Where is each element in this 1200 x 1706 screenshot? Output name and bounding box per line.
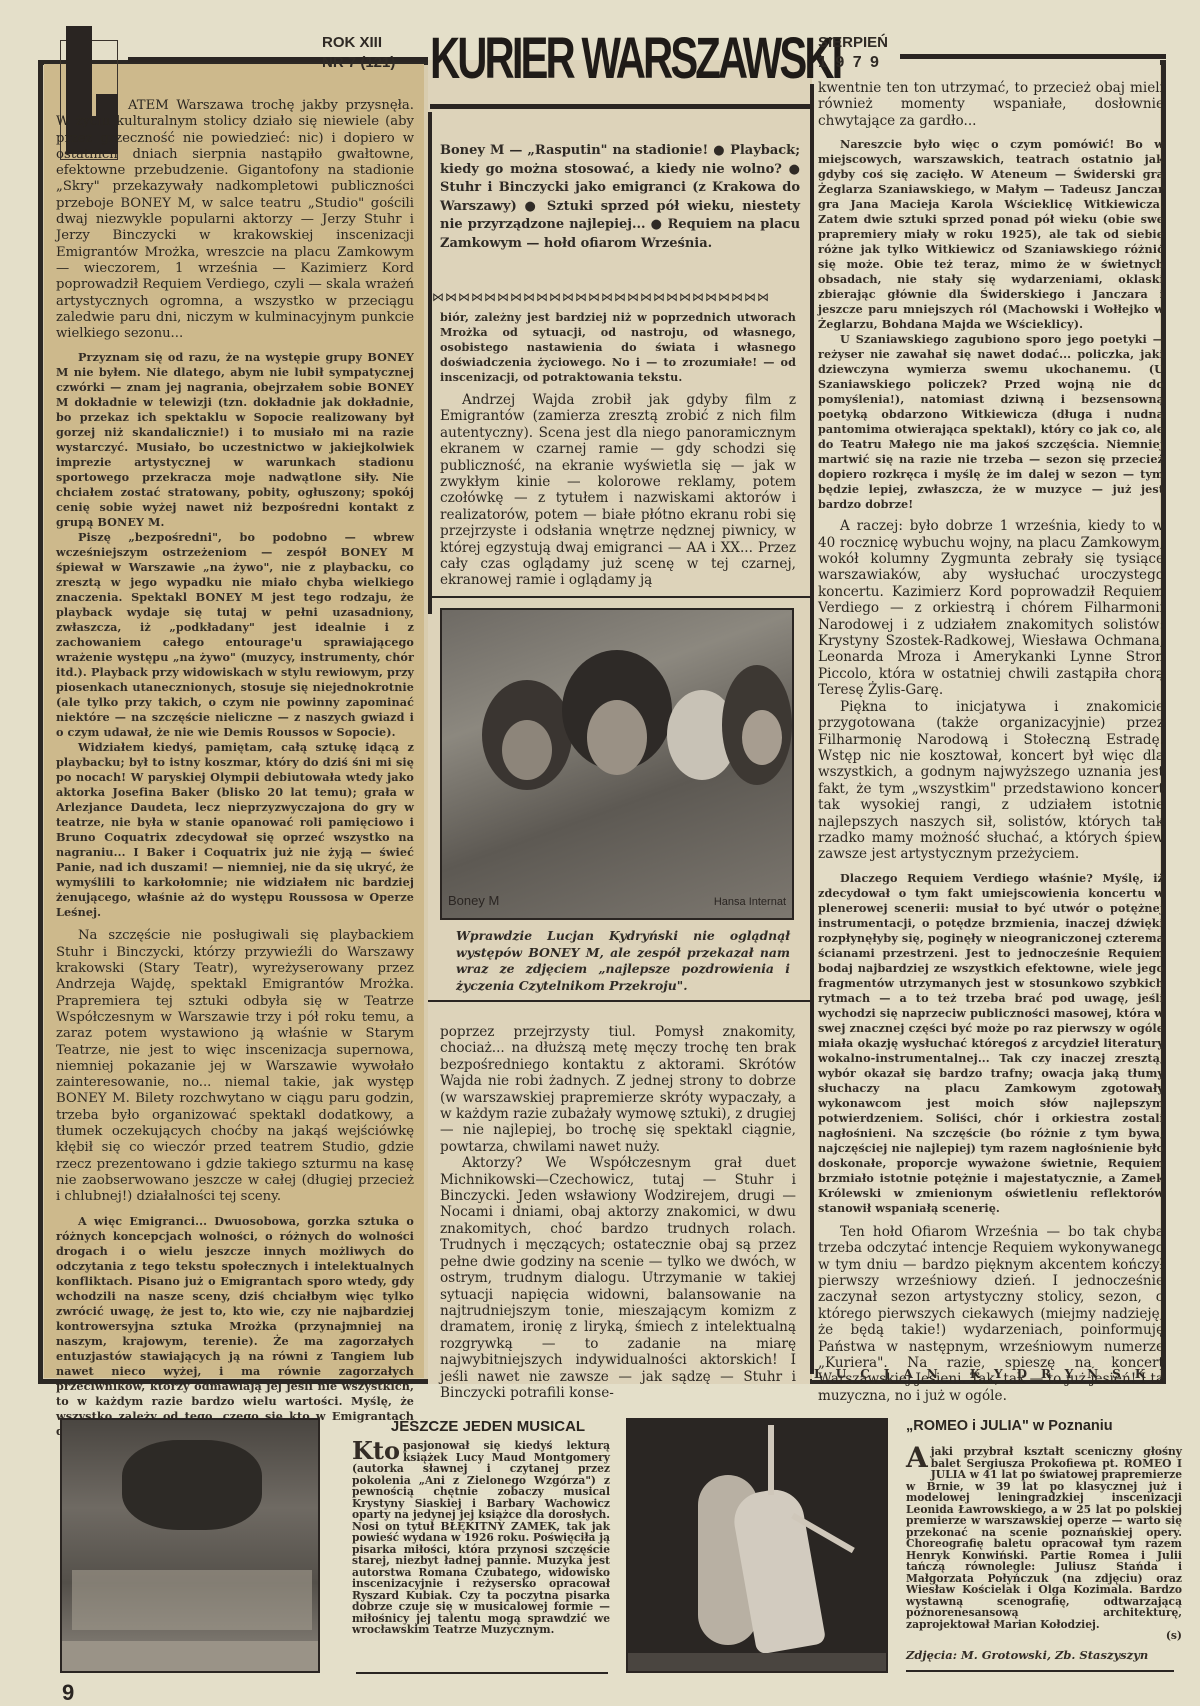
paragraph: Andrzej Wajda zrobił jak gdyby film z Em… — [440, 392, 796, 589]
teaser-item: Boney M — „Rasputin" na stadionie! — [440, 143, 708, 158]
issue-label: NR 7 (121) — [322, 54, 395, 71]
section-rule — [906, 1670, 1174, 1672]
column-divider — [428, 112, 432, 614]
paragraph: Widziałem kiedyś, pamiętam, całą sztukę … — [56, 740, 414, 920]
column-divider — [810, 84, 814, 1374]
article-column-3: kwentnie ten ton utrzymać, to przecież o… — [818, 80, 1164, 1404]
musical-text: pasjonował się kiedyś lekturą książek Lu… — [352, 1439, 610, 1636]
drop-cap-a: A — [906, 1446, 928, 1470]
romeo-article: A jaki przybrał kształt sceniczny głośny… — [906, 1446, 1182, 1642]
paragraph: biór, zależny jest bardziej niż w poprze… — [440, 310, 796, 385]
photo-box-rule-bottom — [428, 1000, 810, 1002]
paragraph: poprzez przejrzysty tiul. Pomysł znakomi… — [440, 1024, 796, 1155]
lead-word: Kto — [352, 1440, 400, 1462]
article-column-2-top: biór, zależny jest bardziej niż w poprze… — [440, 310, 796, 385]
boney-m-photo: Boney M Hansa Internat — [440, 608, 794, 920]
bullet-icon: ● — [713, 143, 725, 158]
page-number: 9 — [62, 1680, 74, 1706]
photo-label-left: Boney M — [448, 893, 499, 908]
photo-label-right: Hansa Internat — [714, 896, 786, 908]
romeo-headline: „ROMEO i JULIA" w Poznaniu — [906, 1418, 1190, 1434]
teaser-box: Boney M — „Rasputin" na stadionie! ● Pla… — [440, 142, 800, 253]
paragraph: Dlaczego Requiem Verdiego właśnie? Myślę… — [818, 871, 1164, 1216]
bullet-icon: ● — [789, 162, 800, 177]
romeo-julia-ballet-photo — [626, 1418, 888, 1673]
year-value: 1 9 7 9 — [818, 54, 881, 72]
lead-paragraph: ATEM Warszawa trochę jakby przysnęła. W … — [56, 98, 414, 341]
article-column-2-bottom: poprzez przejrzysty tiul. Pomysł znakomi… — [440, 1024, 796, 1401]
bullet-icon: ● — [651, 217, 663, 232]
photo-caption: Wprawdzie Lucjan Kydryński nie oglądnął … — [456, 928, 790, 994]
section-rule — [356, 1672, 608, 1674]
romeo-text: jaki przybrał kształt sceniczny głośny b… — [906, 1445, 1182, 1631]
paragraph: Piszę „bezpośredni", bo podobno — wbrew … — [56, 530, 414, 740]
photo-credit: Zdjęcia: M. Grotowski, Zb. Staszyszyn — [906, 1648, 1182, 1662]
article-column-1: ATEM Warszawa trochę jakby przysnęła. W … — [56, 98, 414, 1439]
paragraph: U Szaniawskiego zagubiono sporo jego poe… — [818, 332, 1164, 512]
musical-headline: JESZCZE JEDEN MUSICAL — [364, 1418, 612, 1435]
masthead: KURIER WARSZAWSKI — [430, 14, 711, 104]
masthead-rule — [430, 104, 814, 109]
paragraph: A więc Emigranci... Dwuosobowa, gorzka s… — [56, 1214, 414, 1439]
paragraph: Na szczęście nie posługiwali się playbac… — [56, 928, 414, 1205]
paragraph: kwentnie ten ton utrzymać, to przecież o… — [818, 80, 1164, 129]
signoff: (s) — [906, 1630, 1182, 1642]
ornament-divider-icon: ⋈⋈⋈⋈⋈⋈⋈⋈⋈⋈⋈⋈⋈⋈⋈⋈⋈⋈⋈⋈⋈⋈⋈⋈⋈⋈ — [432, 290, 804, 304]
bullet-icon: ● — [525, 199, 540, 214]
paragraph: Aktorzy? We Współczesnym grał duet Michn… — [440, 1155, 796, 1401]
author-signature: LUCJAN KYDRYŃSKI — [814, 1367, 1160, 1381]
photo-box-rule — [428, 596, 810, 598]
musical-dance-photo — [60, 1418, 320, 1673]
paragraph: A raczej: było dobrze 1 września, kiedy … — [818, 518, 1164, 698]
year-label: ROK XIII — [322, 34, 382, 51]
month-label: SIERPIEŃ — [818, 34, 888, 51]
article-column-2-mid: Andrzej Wajda zrobił jak gdyby film z Em… — [440, 392, 796, 589]
header-rule-right — [900, 54, 1166, 59]
musical-article: Kto pasjonował się kiedyś lekturą książe… — [352, 1440, 610, 1636]
paragraph: Nareszcie było więc o czym pomówić! Bo w… — [818, 137, 1164, 332]
paragraph: Piękna to inicjatywa i znakomicie przygo… — [818, 699, 1164, 863]
paragraph: Przyznam się od razu, że na występie gru… — [56, 350, 414, 530]
